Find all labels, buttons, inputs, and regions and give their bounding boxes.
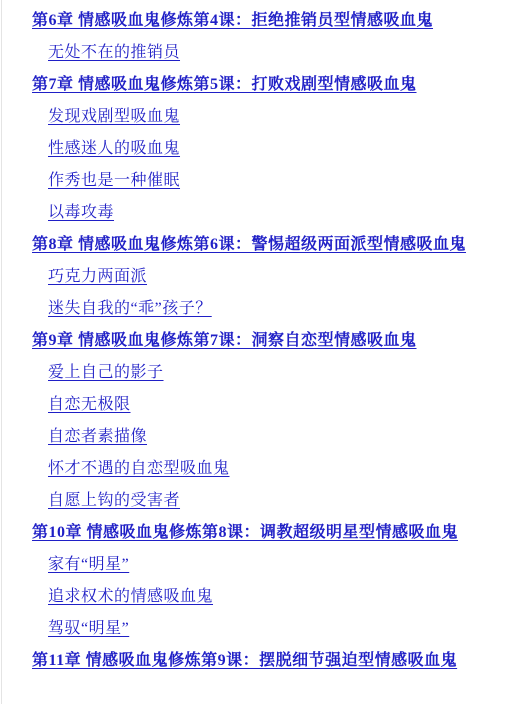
toc-section-link[interactable]: 性感迷人的吸血鬼: [48, 133, 511, 165]
toc-chapter-link[interactable]: 第9章 情感吸血鬼修炼第7课：洞察自恋型情感吸血鬼: [32, 325, 511, 357]
toc-section-link[interactable]: 发现戏剧型吸血鬼: [48, 101, 511, 133]
ebook-toc-page: 第6章 情感吸血鬼修炼第4课：拒绝推销员型情感吸血鬼无处不在的推销员第7章 情感…: [0, 0, 519, 704]
toc-section-link[interactable]: 自愿上钩的受害者: [48, 485, 511, 517]
toc-section-link[interactable]: 爱上自己的影子: [48, 357, 511, 389]
toc-section-link[interactable]: 巧克力两面派: [48, 261, 511, 293]
toc-section-link[interactable]: 以毒攻毒: [48, 197, 511, 229]
toc-section-link[interactable]: 怀才不遇的自恋型吸血鬼: [48, 453, 511, 485]
toc-section-link[interactable]: 迷失自我的“乖”孩子？: [48, 293, 511, 325]
table-of-contents: 第6章 情感吸血鬼修炼第4课：拒绝推销员型情感吸血鬼无处不在的推销员第7章 情感…: [0, 0, 519, 677]
toc-chapter-link[interactable]: 第10章 情感吸血鬼修炼第8课：调教超级明星型情感吸血鬼: [32, 517, 511, 549]
toc-chapter-link[interactable]: 第8章 情感吸血鬼修炼第6课：警惕超级两面派型情感吸血鬼: [32, 229, 511, 261]
toc-chapter-link[interactable]: 第11章 情感吸血鬼修炼第9课：摆脱细节强迫型情感吸血鬼: [32, 645, 511, 677]
page-left-edge: [1, 0, 2, 704]
toc-section-link[interactable]: 自恋无极限: [48, 389, 511, 421]
toc-section-link[interactable]: 作秀也是一种催眠: [48, 165, 511, 197]
toc-chapter-link[interactable]: 第7章 情感吸血鬼修炼第5课：打败戏剧型情感吸血鬼: [32, 69, 511, 101]
toc-section-link[interactable]: 自恋者素描像: [48, 421, 511, 453]
toc-section-link[interactable]: 家有“明星”: [48, 549, 511, 581]
toc-section-link[interactable]: 追求权术的情感吸血鬼: [48, 581, 511, 613]
toc-section-link[interactable]: 无处不在的推销员: [48, 37, 511, 69]
toc-section-link[interactable]: 驾驭“明星”: [48, 613, 511, 645]
toc-chapter-link[interactable]: 第6章 情感吸血鬼修炼第4课：拒绝推销员型情感吸血鬼: [32, 5, 511, 37]
